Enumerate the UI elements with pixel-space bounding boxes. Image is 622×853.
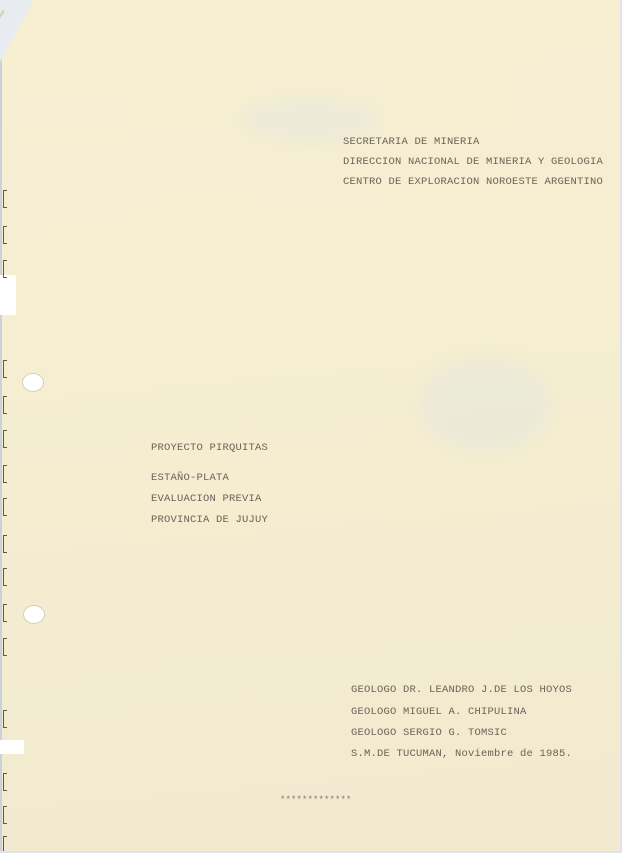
project-line-metals: ESTAÑO-PLATA: [151, 472, 229, 484]
document-page: SECRETARIA DE MINERIA DIRECCION NACIONAL…: [0, 0, 620, 851]
header-line-direccion: DIRECCION NACIONAL DE MINERIA Y GEOLOGIA: [343, 156, 603, 168]
author-de-los-hoyos: GEOLOGO DR. LEANDRO J.DE LOS HOYOS: [351, 684, 572, 696]
end-marker: *************: [280, 795, 352, 805]
binding-tear: [0, 740, 24, 754]
binding-mark: [3, 396, 7, 414]
scan-smudge: [420, 360, 550, 450]
binding-mark: [3, 710, 7, 728]
binding-mark: [3, 498, 7, 516]
author-chipulina: GEOLOGO MIGUEL A. CHIPULINA: [351, 706, 527, 718]
binding-mark: [3, 773, 7, 791]
binding-mark: [3, 638, 7, 656]
folded-corner: [0, 0, 34, 62]
scan-smudge: [240, 100, 380, 140]
author-tomsic: GEOLOGO SERGIO G. TOMSIC: [351, 727, 507, 739]
binding-mark: [3, 360, 7, 378]
page-left-edge: [0, 0, 2, 851]
header-line-secretaria: SECRETARIA DE MINERIA: [343, 136, 480, 148]
binding-mark: [3, 604, 7, 622]
project-title: PROYECTO PIRQUITAS: [151, 442, 268, 454]
binding-mark: [3, 260, 7, 278]
binding-mark: [3, 568, 7, 586]
binding-mark: [3, 465, 7, 483]
binding-mark: [3, 535, 7, 553]
header-line-centro: CENTRO DE EXPLORACION NOROESTE ARGENTINO: [343, 176, 603, 188]
binding-mark: [3, 430, 7, 448]
project-line-province: PROVINCIA DE JUJUY: [151, 514, 268, 526]
project-line-evaluation: EVALUACION PREVIA: [151, 493, 262, 505]
binding-mark: [3, 836, 7, 851]
binding-mark: [3, 806, 7, 824]
binding-mark: [3, 226, 7, 244]
binding-tear: [0, 275, 16, 315]
punch-hole: [24, 606, 44, 623]
place-date: S.M.DE TUCUMAN, Noviembre de 1985.: [351, 748, 572, 760]
binding-mark: [3, 190, 7, 208]
punch-hole: [23, 374, 43, 391]
